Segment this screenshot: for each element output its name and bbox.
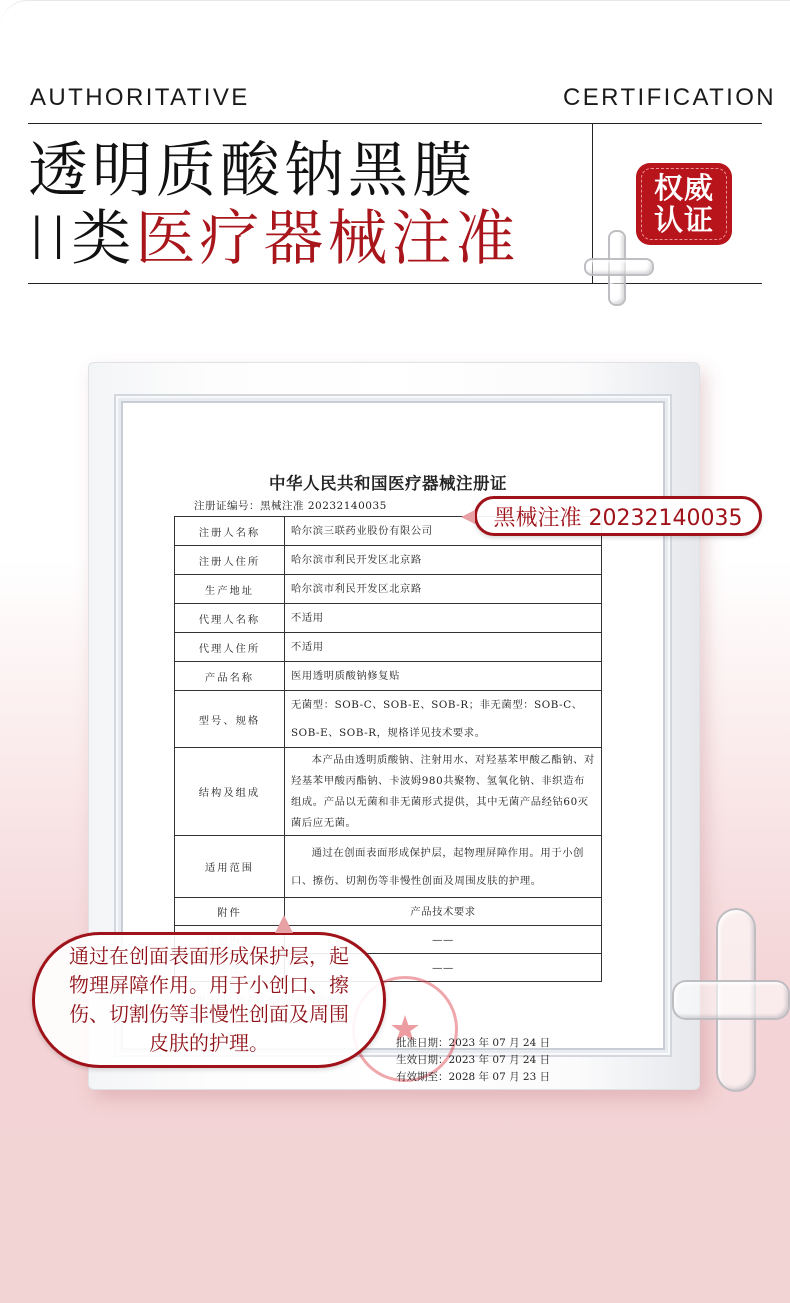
table-row: 型号、规格无菌型：SOB-C、SOB-E、SOB-R；非无菌型：SOB-C、SO… <box>175 691 602 748</box>
table-row: 产品名称医用透明质酸钠修复贴 <box>175 662 602 691</box>
top-rounded-edge <box>0 0 790 40</box>
eyebrow-certification: CERTIFICATION <box>563 84 776 112</box>
expiry-date: 有效期至：2028 年 07 月 23 日 <box>396 1069 550 1086</box>
table-row: 注册人住所哈尔滨市利民开发区北京路 <box>175 546 602 575</box>
effective-date: 生效日期：2023 年 07 月 24 日 <box>396 1052 550 1069</box>
table-row: 适用范围通过在创面表面形成保护层，起物理屏障作用。用于小创口、擦伤、切割伤等非慢… <box>175 836 602 898</box>
glass-cross-icon-small <box>584 230 654 306</box>
table-row: 生产地址哈尔滨市利民开发区北京路 <box>175 575 602 604</box>
table-row: 结构及组成本产品由透明质酸钠、注射用水、对羟基苯甲酸乙酯钠、对羟基苯甲酸丙酯钠、… <box>175 748 602 836</box>
headline-class: II类 <box>28 204 135 274</box>
eyebrow-authoritative: AUTHORITATIVE <box>30 84 250 112</box>
headline-registration: 医疗器械注准 <box>135 204 519 274</box>
reg-number-callout: 黑械注准 20232140035 <box>474 496 762 536</box>
certificate-document: 中华人民共和国医疗器械注册证 注册证编号：黑械注准 20232140035 注册… <box>174 470 602 982</box>
table-row: 附件产品技术要求 <box>175 898 602 926</box>
table-row: 代理人住所不适用 <box>175 633 602 662</box>
badge-text: 权威认证 <box>652 172 716 236</box>
headline-line1: 透明质酸钠黑膜 <box>28 138 476 204</box>
scope-callout: 通过在创面表面形成保护层，起物理屏障作用。用于小创口、擦伤、切割伤等非慢性创面及… <box>32 932 386 1068</box>
certificate-dates: 批准日期：2023 年 07 月 24 日 生效日期：2023 年 07 月 2… <box>396 1035 550 1086</box>
approval-date: 批准日期：2023 年 07 月 24 日 <box>396 1035 550 1052</box>
certificate-table: 注册人名称哈尔滨三联药业股份有限公司 注册人住所哈尔滨市利民开发区北京路 生产地… <box>174 516 602 982</box>
scope-callout-text: 通过在创面表面形成保护层，起物理屏障作用。用于小创口、擦伤、切割伤等非慢性创面及… <box>63 942 355 1058</box>
certificate-title: 中华人民共和国医疗器械注册证 <box>174 470 602 494</box>
headline-line2: II类医疗器械注准 <box>28 206 519 272</box>
table-row: 代理人名称不适用 <box>175 604 602 633</box>
glass-cross-icon-large <box>672 908 790 1092</box>
divider-top <box>28 123 762 124</box>
